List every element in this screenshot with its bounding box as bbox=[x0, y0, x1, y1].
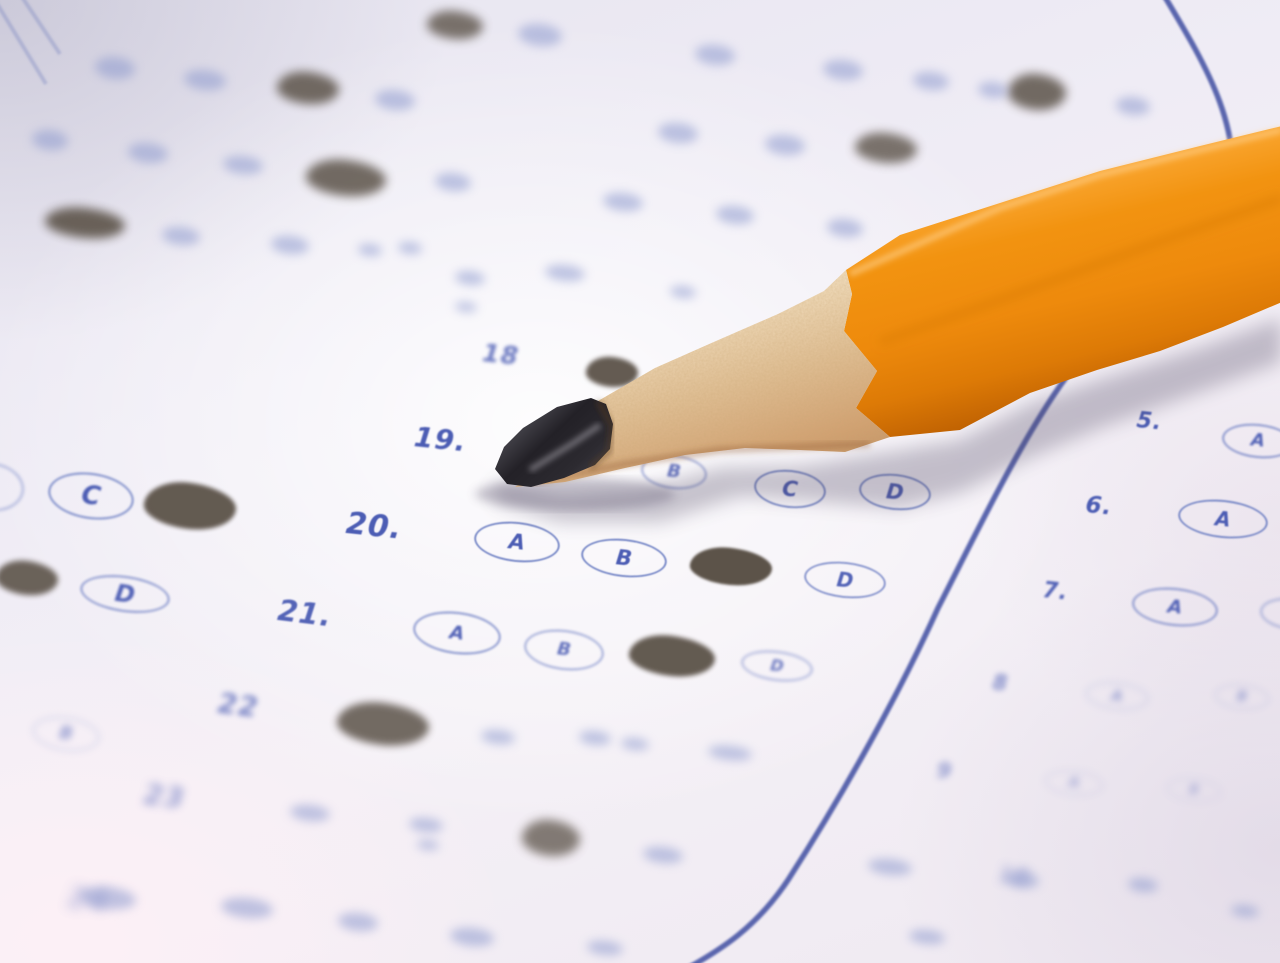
answer-bubble-B: B bbox=[579, 535, 669, 582]
question-number-label: 21. bbox=[276, 593, 334, 633]
bubble-letter: D bbox=[769, 657, 784, 674]
answer-bubble-A: A bbox=[1084, 679, 1151, 714]
blurred-print-mark bbox=[707, 744, 752, 763]
answer-bubble-B: B bbox=[30, 712, 102, 755]
answer-bubble-D: D bbox=[857, 470, 932, 513]
blurred-print-mark bbox=[517, 22, 563, 48]
blurred-print-mark bbox=[669, 285, 696, 300]
blurred-print-mark bbox=[602, 191, 644, 213]
bubble-letter: A bbox=[1214, 508, 1231, 530]
answer-sheet: 1819.20.21.2223245.6.7.8910BCDABDABDCDBA… bbox=[0, 0, 1280, 963]
bubble-letter: B bbox=[556, 640, 572, 660]
blurred-print-mark bbox=[337, 911, 379, 933]
question-number-label: 18 bbox=[481, 338, 521, 371]
bubble-letter: A bbox=[1250, 431, 1266, 450]
answer-bubble-C: C bbox=[752, 466, 828, 511]
bubble-letter: A bbox=[1167, 597, 1184, 617]
blurred-print-mark bbox=[544, 263, 585, 283]
bubble-letter: D bbox=[885, 481, 905, 504]
bubble-letter: A bbox=[1068, 775, 1080, 790]
answer-bubble-B: B bbox=[1165, 775, 1223, 805]
blurred-print-mark bbox=[1127, 876, 1158, 893]
blurred-print-mark bbox=[408, 816, 443, 833]
question-number-label: 9 bbox=[935, 758, 953, 784]
answer-bubble-B: B bbox=[1213, 681, 1271, 713]
blurred-print-mark bbox=[867, 857, 912, 878]
blurred-print-mark bbox=[578, 729, 611, 746]
answer-bubble-D: D bbox=[78, 570, 172, 618]
penciled-answer-mark bbox=[854, 130, 919, 166]
penciled-answer-mark bbox=[0, 557, 60, 598]
photo-of-answer-sheet-with-pencil: 1819.20.21.2223245.6.7.8910BCDABDABDCDBA… bbox=[0, 0, 1280, 963]
bubble-letter: B bbox=[1188, 783, 1199, 797]
bubble-letter: C bbox=[80, 482, 103, 510]
blurred-print-mark bbox=[183, 68, 227, 92]
blurred-print-mark bbox=[270, 234, 310, 256]
answer-bubble-A: A bbox=[472, 518, 562, 567]
penciled-answer-mark bbox=[585, 355, 639, 389]
penciled-answer-mark bbox=[1006, 71, 1067, 113]
penciled-answer-mark bbox=[520, 817, 582, 860]
blurred-print-mark bbox=[455, 301, 478, 313]
answer-bubble-A: A bbox=[1043, 767, 1105, 799]
blurred-print-mark bbox=[357, 243, 382, 257]
question-number-label: 23 bbox=[142, 777, 187, 815]
answer-bubble bbox=[1259, 595, 1280, 634]
blurred-print-mark bbox=[94, 55, 136, 81]
blurred-print-mark bbox=[397, 241, 422, 255]
question-number-label: 7. bbox=[1041, 578, 1069, 606]
blurred-print-mark bbox=[822, 58, 864, 82]
answer-bubble-B: B bbox=[522, 625, 606, 674]
blurred-print-mark bbox=[222, 154, 264, 176]
question-number-label: 8 bbox=[991, 670, 1009, 696]
bubble-letter: B bbox=[615, 547, 633, 570]
penciled-answer-mark bbox=[275, 69, 340, 107]
blurred-print-mark bbox=[694, 43, 736, 67]
answer-bubble-A: A bbox=[1220, 420, 1280, 461]
answer-bubble-A: A bbox=[1176, 495, 1269, 542]
penciled-answer-mark bbox=[335, 698, 431, 751]
blurred-print-mark bbox=[908, 928, 945, 946]
answer-bubble-B: B bbox=[639, 452, 708, 493]
blurred-print-mark bbox=[289, 803, 330, 823]
blurred-print-mark bbox=[1115, 95, 1151, 116]
blurred-print-mark bbox=[1230, 904, 1259, 919]
blurred-print-mark bbox=[620, 737, 649, 752]
blurred-print-mark bbox=[374, 88, 416, 112]
question-number-label: 19. bbox=[413, 420, 469, 458]
blurred-print-mark bbox=[657, 121, 699, 145]
bubble-letter: B bbox=[1236, 689, 1248, 704]
penciled-answer-mark bbox=[44, 204, 127, 242]
bubble-letter: D bbox=[836, 569, 855, 591]
blurred-print-mark bbox=[912, 70, 950, 92]
bubble-letter: A bbox=[508, 531, 526, 554]
answer-bubble-D: D bbox=[739, 647, 814, 686]
penciled-answer-mark bbox=[426, 8, 485, 42]
penciled-answer-mark bbox=[304, 156, 387, 200]
blurred-print-mark bbox=[586, 939, 623, 957]
question-number-label: 20. bbox=[344, 506, 404, 547]
question-number-label: 22 bbox=[216, 686, 261, 724]
penciled-answer-mark bbox=[142, 478, 239, 535]
bubble-letter: C bbox=[781, 478, 799, 500]
penciled-answer-mark bbox=[688, 543, 773, 588]
penciled-answer-mark bbox=[627, 631, 717, 681]
bubble-letter: A bbox=[1110, 688, 1123, 704]
answer-bubble-C: C bbox=[45, 467, 137, 525]
blurred-print-mark bbox=[480, 728, 515, 745]
bubble-letter: D bbox=[113, 581, 136, 608]
blurred-print-mark bbox=[454, 269, 485, 286]
blurred-print-mark bbox=[715, 204, 755, 226]
answer-bubble-A: A bbox=[1130, 584, 1220, 631]
blurred-print-mark bbox=[449, 926, 495, 949]
bubble-letter: B bbox=[666, 462, 682, 481]
blurred-print-mark bbox=[642, 845, 683, 865]
bubble-letter: A bbox=[449, 623, 466, 644]
question-number-label: 5. bbox=[1135, 408, 1163, 436]
blurred-print-mark bbox=[434, 171, 472, 193]
blurred-print-mark bbox=[977, 80, 1009, 99]
answer-bubble bbox=[0, 459, 27, 515]
blurred-print-mark bbox=[826, 217, 864, 239]
answer-bubble-D: D bbox=[802, 558, 887, 602]
answer-bubble-A: A bbox=[411, 607, 503, 659]
blurred-print-mark bbox=[127, 141, 169, 165]
blurred-print-mark bbox=[31, 128, 69, 152]
blurred-print-mark bbox=[161, 225, 201, 247]
question-number-label: 6. bbox=[1084, 492, 1113, 521]
bubble-letter: B bbox=[58, 724, 74, 744]
blurred-print-mark bbox=[764, 133, 806, 157]
blurred-print-mark bbox=[417, 839, 440, 851]
blurred-print-mark bbox=[220, 895, 274, 920]
